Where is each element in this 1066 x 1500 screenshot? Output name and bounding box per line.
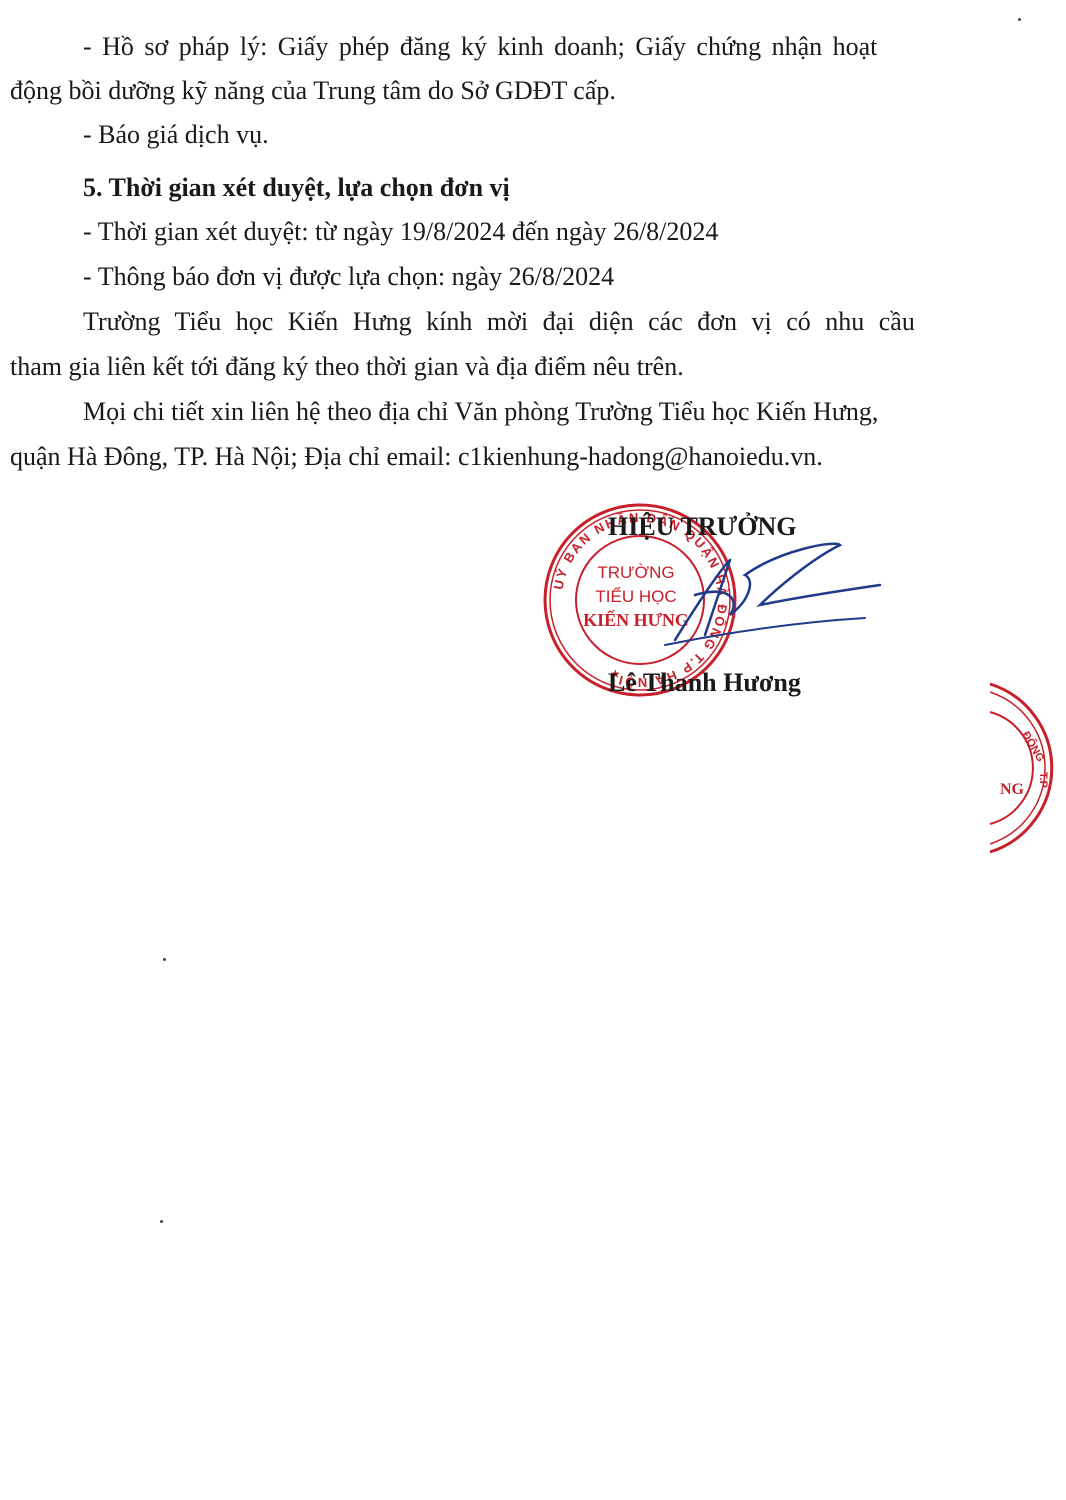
- svg-text:T.P: T.P: [1037, 772, 1049, 788]
- quotation-item: - Báo giá dịch vụ.: [83, 120, 269, 150]
- svg-text:ĐÔNG: ĐÔNG: [1019, 729, 1047, 764]
- contact-line-2: quận Hà Đông, TP. Hà Nội; Địa chỉ email:…: [10, 442, 823, 472]
- signer-title: HIỆU TRƯỞNG: [608, 512, 797, 542]
- handwritten-signature: [580, 540, 890, 650]
- section-5-heading: 5. Thời gian xét duyệt, lựa chọn đơn vị: [83, 173, 510, 203]
- invitation-line-1: Trường Tiểu học Kiến Hưng kính mời đại d…: [83, 307, 915, 337]
- legal-docs-line-2: động bồi dưỡng kỹ năng của Trung tâm do …: [10, 76, 616, 106]
- invitation-line-2: tham gia liên kết tới đăng ký theo thời …: [10, 352, 684, 382]
- scan-speck: [160, 1220, 163, 1223]
- review-time: - Thời gian xét duyệt: từ ngày 19/8/2024…: [83, 217, 718, 247]
- svg-text:NG: NG: [1000, 781, 1025, 798]
- edge-seal-partial: ĐÔNG T.P NG: [960, 672, 1066, 862]
- contact-line-1: Mọi chi tiết xin liên hệ theo địa chỉ Vă…: [83, 397, 878, 427]
- scan-speck: [163, 958, 166, 961]
- announcement-date: - Thông báo đơn vị được lựa chọn: ngày 2…: [83, 262, 614, 292]
- scan-speck: [1018, 18, 1021, 21]
- signer-name: Lê Thanh Hương: [608, 668, 801, 698]
- legal-docs-line-1: - Hồ sơ pháp lý: Giấy phép đăng ký kinh …: [83, 32, 946, 62]
